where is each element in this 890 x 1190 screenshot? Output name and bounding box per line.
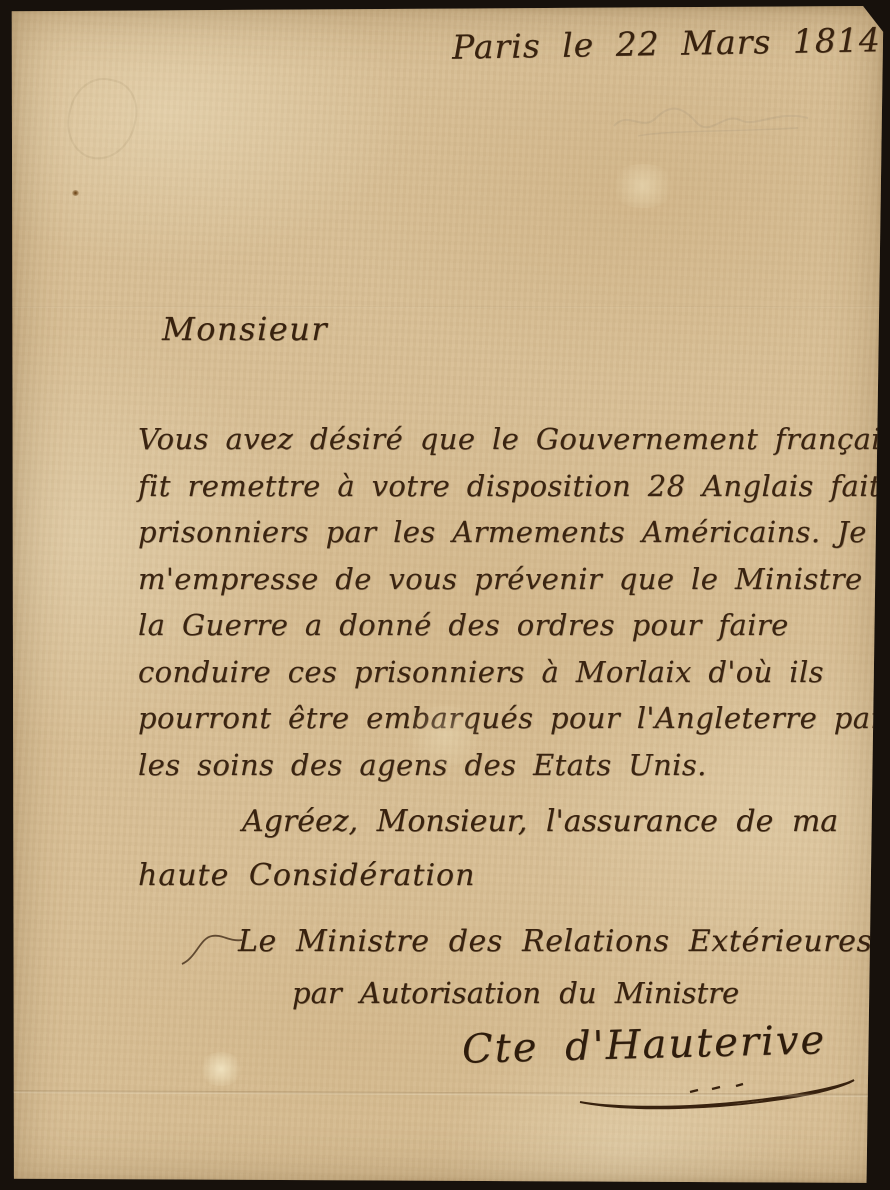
letter-photograph: Paris le 22 Mars 1814 Monsieur Vous avez…	[0, 0, 890, 1190]
body-line: la Guerre a donné des ordres pour faire	[138, 602, 868, 649]
body-line: fit remettre à votre disposition 28 Angl…	[138, 463, 868, 510]
body-line: Vous avez désiré que le Gouvernement fra…	[138, 416, 868, 463]
minister-office-line: Le Ministre des Relations Extérieures	[238, 924, 873, 959]
dateline: Paris le 22 Mars 1814	[452, 20, 881, 66]
signature: Cte d'Hauterive	[461, 1017, 826, 1073]
faint-pencil-annotation	[608, 92, 818, 146]
closing-line: Agréez, Monsieur, l'assurance de ma	[242, 804, 838, 839]
authorization-line: par Autorisation du Ministre	[292, 976, 739, 1010]
salutation: Monsieur	[162, 310, 328, 348]
paper-stain	[198, 1052, 244, 1086]
paper-stain	[608, 164, 678, 208]
closing-line: haute Considération	[138, 858, 475, 893]
body-line: m'empresse de vous prévenir que le Minis…	[138, 556, 868, 603]
letter-body: Vous avez désiré que le Gouvernement fra…	[138, 416, 868, 788]
body-line: prisonniers par les Armements Américains…	[138, 509, 868, 556]
body-line: les soins des agens des Etats Unis.	[138, 742, 868, 789]
paper-crease	[10, 306, 884, 308]
paper-watermark-mark	[60, 72, 144, 166]
body-line: pourront être embarqués pour l'Angleterr…	[138, 695, 868, 742]
paper-stain	[400, 706, 490, 766]
letter-paper: Paris le 22 Mars 1814 Monsieur Vous avez…	[10, 6, 884, 1184]
paper-stain	[72, 190, 79, 196]
body-line: conduire ces prisonniers à Morlaix d'où …	[138, 649, 868, 696]
